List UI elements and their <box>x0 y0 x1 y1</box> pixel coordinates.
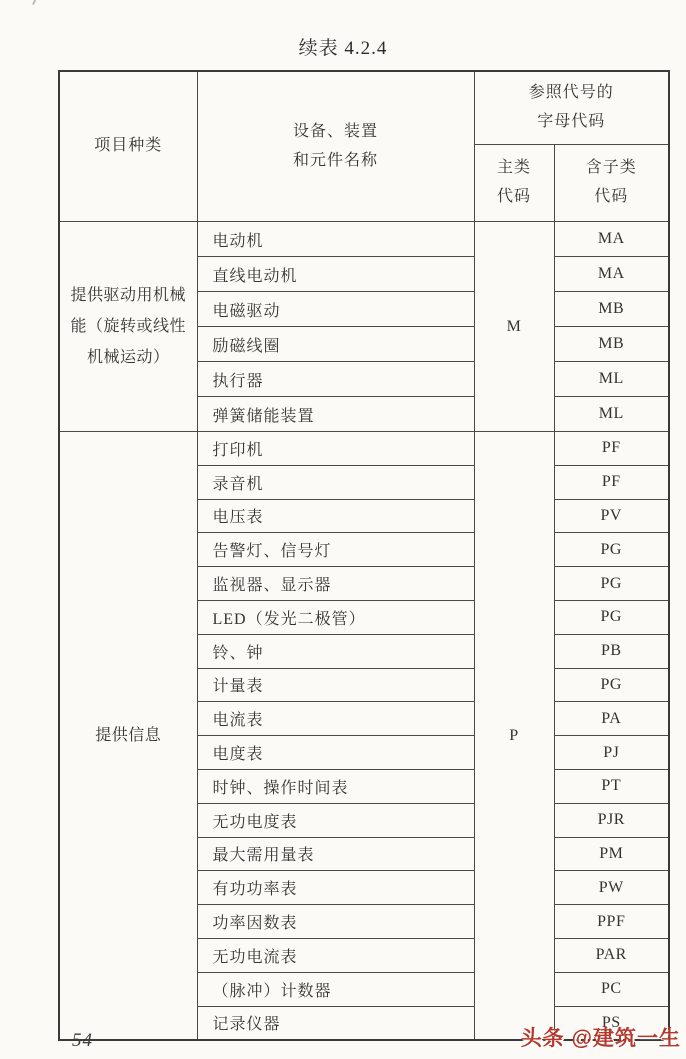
header-sub-class: 含子类 代码 <box>554 145 669 222</box>
sub-code-cell: PC <box>554 972 669 1006</box>
device-name-cell: LED（发光二极管） <box>197 600 474 634</box>
device-name-cell: 电流表 <box>197 702 474 736</box>
sub-code-cell: PF <box>554 432 669 466</box>
sub-code-cell: PJR <box>554 803 669 837</box>
sub-code-cell: PAR <box>554 938 669 972</box>
device-name-cell: 功率因数表 <box>197 905 474 939</box>
sub-code-cell: PG <box>554 567 669 601</box>
table-row: 提供信息打印机PPF <box>59 432 669 466</box>
sub-code-cell: PJ <box>554 736 669 770</box>
device-name-cell: （脉冲）计数器 <box>197 972 474 1006</box>
sub-code-cell: MA <box>554 222 669 257</box>
scan-artifact-mark <box>32 0 46 9</box>
header-device-line2: 和元件名称 <box>198 147 474 176</box>
device-name-cell: 计量表 <box>197 668 474 702</box>
table-row: 提供驱动用机械能（旋转或线性机械运动）电动机MMA <box>59 222 669 257</box>
header-main-class: 主类 代码 <box>474 145 554 222</box>
device-name-cell: 记录仪器 <box>197 1006 474 1040</box>
header-sub-class-line1: 含子类 <box>555 154 669 183</box>
device-name-cell: 无功电流表 <box>197 938 474 972</box>
sub-code-cell: PW <box>554 871 669 905</box>
header-sub-class-line2: 代码 <box>555 183 669 212</box>
device-name-cell: 录音机 <box>197 465 474 499</box>
table-body: 提供驱动用机械能（旋转或线性机械运动）电动机MMA直线电动机MA电磁驱动MB励磁… <box>59 222 669 1041</box>
device-name-cell: 监视器、显示器 <box>197 567 474 601</box>
watermark: 头条 @建筑一生 <box>521 1022 681 1052</box>
header-device-name: 设备、装置 和元件名称 <box>197 71 474 222</box>
sub-code-cell: PV <box>554 499 669 533</box>
sub-code-cell: ML <box>554 362 669 397</box>
sub-code-cell: PF <box>554 465 669 499</box>
header-main-class-line1: 主类 <box>475 154 554 183</box>
device-name-cell: 电度表 <box>197 736 474 770</box>
header-ref-code-line1: 参照代号的 <box>475 79 669 108</box>
page-title: 续表 4.2.4 <box>0 33 686 60</box>
header-device-line1: 设备、装置 <box>198 118 474 147</box>
device-name-cell: 时钟、操作时间表 <box>197 769 474 803</box>
sub-code-cell: PM <box>554 837 669 871</box>
header-main-class-line2: 代码 <box>475 183 554 212</box>
table-header: 项目种类 设备、装置 和元件名称 参照代号的 字母代码 主类 代码 含子类 代码 <box>59 71 669 222</box>
device-name-cell: 电动机 <box>197 222 474 257</box>
sub-code-cell: PG <box>554 600 669 634</box>
device-name-cell: 电磁驱动 <box>197 292 474 327</box>
device-name-cell: 电压表 <box>197 499 474 533</box>
device-name-cell: 执行器 <box>197 362 474 397</box>
device-name-cell: 最大需用量表 <box>197 837 474 871</box>
header-category-label: 项目种类 <box>60 132 197 161</box>
sub-code-cell: PG <box>554 668 669 702</box>
header-category: 项目种类 <box>59 71 197 222</box>
sub-code-cell: PPF <box>554 905 669 939</box>
sub-code-cell: MA <box>554 257 669 292</box>
category-cell: 提供信息 <box>59 432 197 1041</box>
device-name-cell: 无功电度表 <box>197 803 474 837</box>
device-name-cell: 铃、钟 <box>197 634 474 668</box>
header-ref-code: 参照代号的 字母代码 <box>474 71 669 145</box>
sub-code-cell: ML <box>554 397 669 432</box>
header-row-1: 项目种类 设备、装置 和元件名称 参照代号的 字母代码 <box>59 71 669 145</box>
main-code-cell: M <box>474 222 554 432</box>
reference-code-table: 项目种类 设备、装置 和元件名称 参照代号的 字母代码 主类 代码 含子类 代码… <box>58 70 670 1041</box>
header-ref-code-line2: 字母代码 <box>475 108 669 137</box>
device-name-cell: 有功功率表 <box>197 871 474 905</box>
sub-code-cell: MB <box>554 327 669 362</box>
sub-code-cell: PG <box>554 533 669 567</box>
device-name-cell: 直线电动机 <box>197 257 474 292</box>
sub-code-cell: PT <box>554 769 669 803</box>
device-name-cell: 告警灯、信号灯 <box>197 533 474 567</box>
main-code-cell: P <box>474 432 554 1041</box>
sub-code-cell: PB <box>554 634 669 668</box>
sub-code-cell: MB <box>554 292 669 327</box>
page-number: 54 <box>72 1030 93 1052</box>
category-cell: 提供驱动用机械能（旋转或线性机械运动） <box>59 222 197 432</box>
sub-code-cell: PA <box>554 702 669 736</box>
device-name-cell: 打印机 <box>197 432 474 466</box>
device-name-cell: 弹簧储能装置 <box>197 397 474 432</box>
device-name-cell: 励磁线圈 <box>197 327 474 362</box>
